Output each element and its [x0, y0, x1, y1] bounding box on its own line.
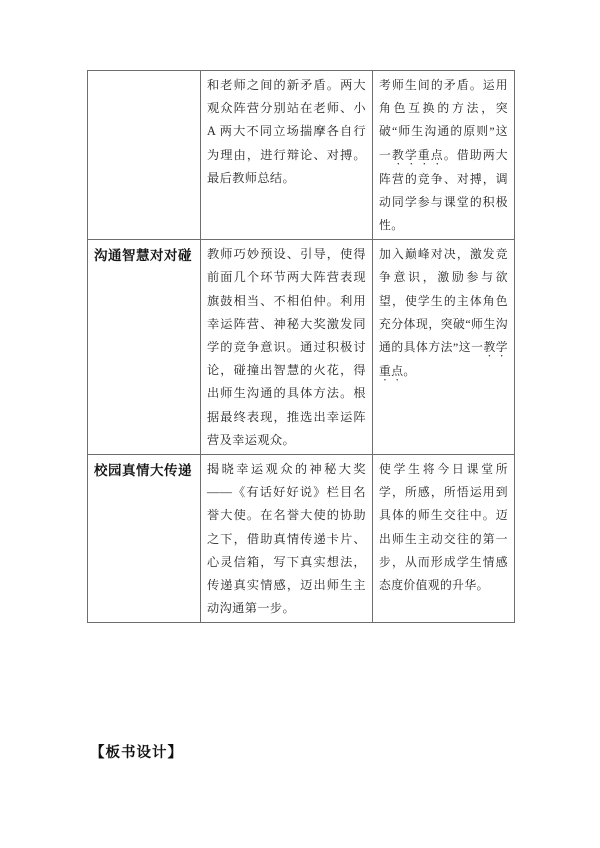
cell-text: 揭晓幸运观众的神秘大奖——《有话好好说》栏目名誉大使。在名誉大使的协助之下，借助…: [207, 462, 366, 615]
process-cell: 和老师之间的新矛盾。两大观众阵营分别站在老师、小 A 两大不同立场揣摩各自行为理…: [201, 71, 373, 240]
emphasized-text: 教学重点: [392, 148, 444, 162]
lesson-plan-table: 和老师之间的新矛盾。两大观众阵营分别站在老师、小 A 两大不同立场揣摩各自行为理…: [87, 70, 515, 623]
table-body: 和老师之间的新矛盾。两大观众阵营分别站在老师、小 A 两大不同立场揣摩各自行为理…: [88, 71, 515, 623]
section-heading-banshu-sheji: 【板书设计】: [90, 741, 183, 762]
process-cell: 教师巧妙预设、引导，使得前面几个环节两大阵营表现旗鼓相当、不相伯仲。利用幸运阵营…: [201, 240, 373, 455]
cell-text: 使学生将今日课堂所学，所感，所悟运用到具体的师生交往中。迈出师生主动交往的第一步…: [379, 462, 508, 592]
stage-cell: 沟通智慧对对碰: [88, 240, 201, 455]
intent-cell: 使学生将今日课堂所学，所感，所悟运用到具体的师生交往中。迈出师生主动交往的第一步…: [373, 455, 515, 623]
process-cell: 揭晓幸运观众的神秘大奖——《有话好好说》栏目名誉大使。在名誉大使的协助之下，借助…: [201, 455, 373, 623]
table-row: 和老师之间的新矛盾。两大观众阵营分别站在老师、小 A 两大不同立场揣摩各自行为理…: [88, 71, 515, 240]
cell-text: 和老师之间的新矛盾。两大观众阵营分别站在老师、小 A 两大不同立场揣摩各自行为理…: [207, 78, 366, 185]
cell-text: 加入巅峰对决，激发竞争意识，激励参与欲望，使学生的主体角色充分体现，突破“师生沟…: [379, 247, 508, 354]
cell-text: 教师巧妙预设、引导，使得前面几个环节两大阵营表现旗鼓相当、不相伯仲。利用幸运阵营…: [207, 247, 366, 447]
document-page: 和老师之间的新矛盾。两大观众阵营分别站在老师、小 A 两大不同立场揣摩各自行为理…: [0, 0, 600, 848]
cell-text: 。: [403, 364, 415, 378]
table-row: 沟通智慧对对碰教师巧妙预设、引导，使得前面几个环节两大阵营表现旗鼓相当、不相伯仲…: [88, 240, 515, 455]
stage-cell: [88, 71, 201, 240]
intent-cell: 考师生间的矛盾。运用角色互换的方法，突破“师生沟通的原则”这一教学重点。借助两大…: [373, 71, 515, 240]
stage-cell: 校园真情大传递: [88, 455, 201, 623]
intent-cell: 加入巅峰对决，激发竞争意识，激励参与欲望，使学生的主体角色充分体现，突破“师生沟…: [373, 240, 515, 455]
table-row: 校园真情大传递揭晓幸运观众的神秘大奖——《有话好好说》栏目名誉大使。在名誉大使的…: [88, 455, 515, 623]
